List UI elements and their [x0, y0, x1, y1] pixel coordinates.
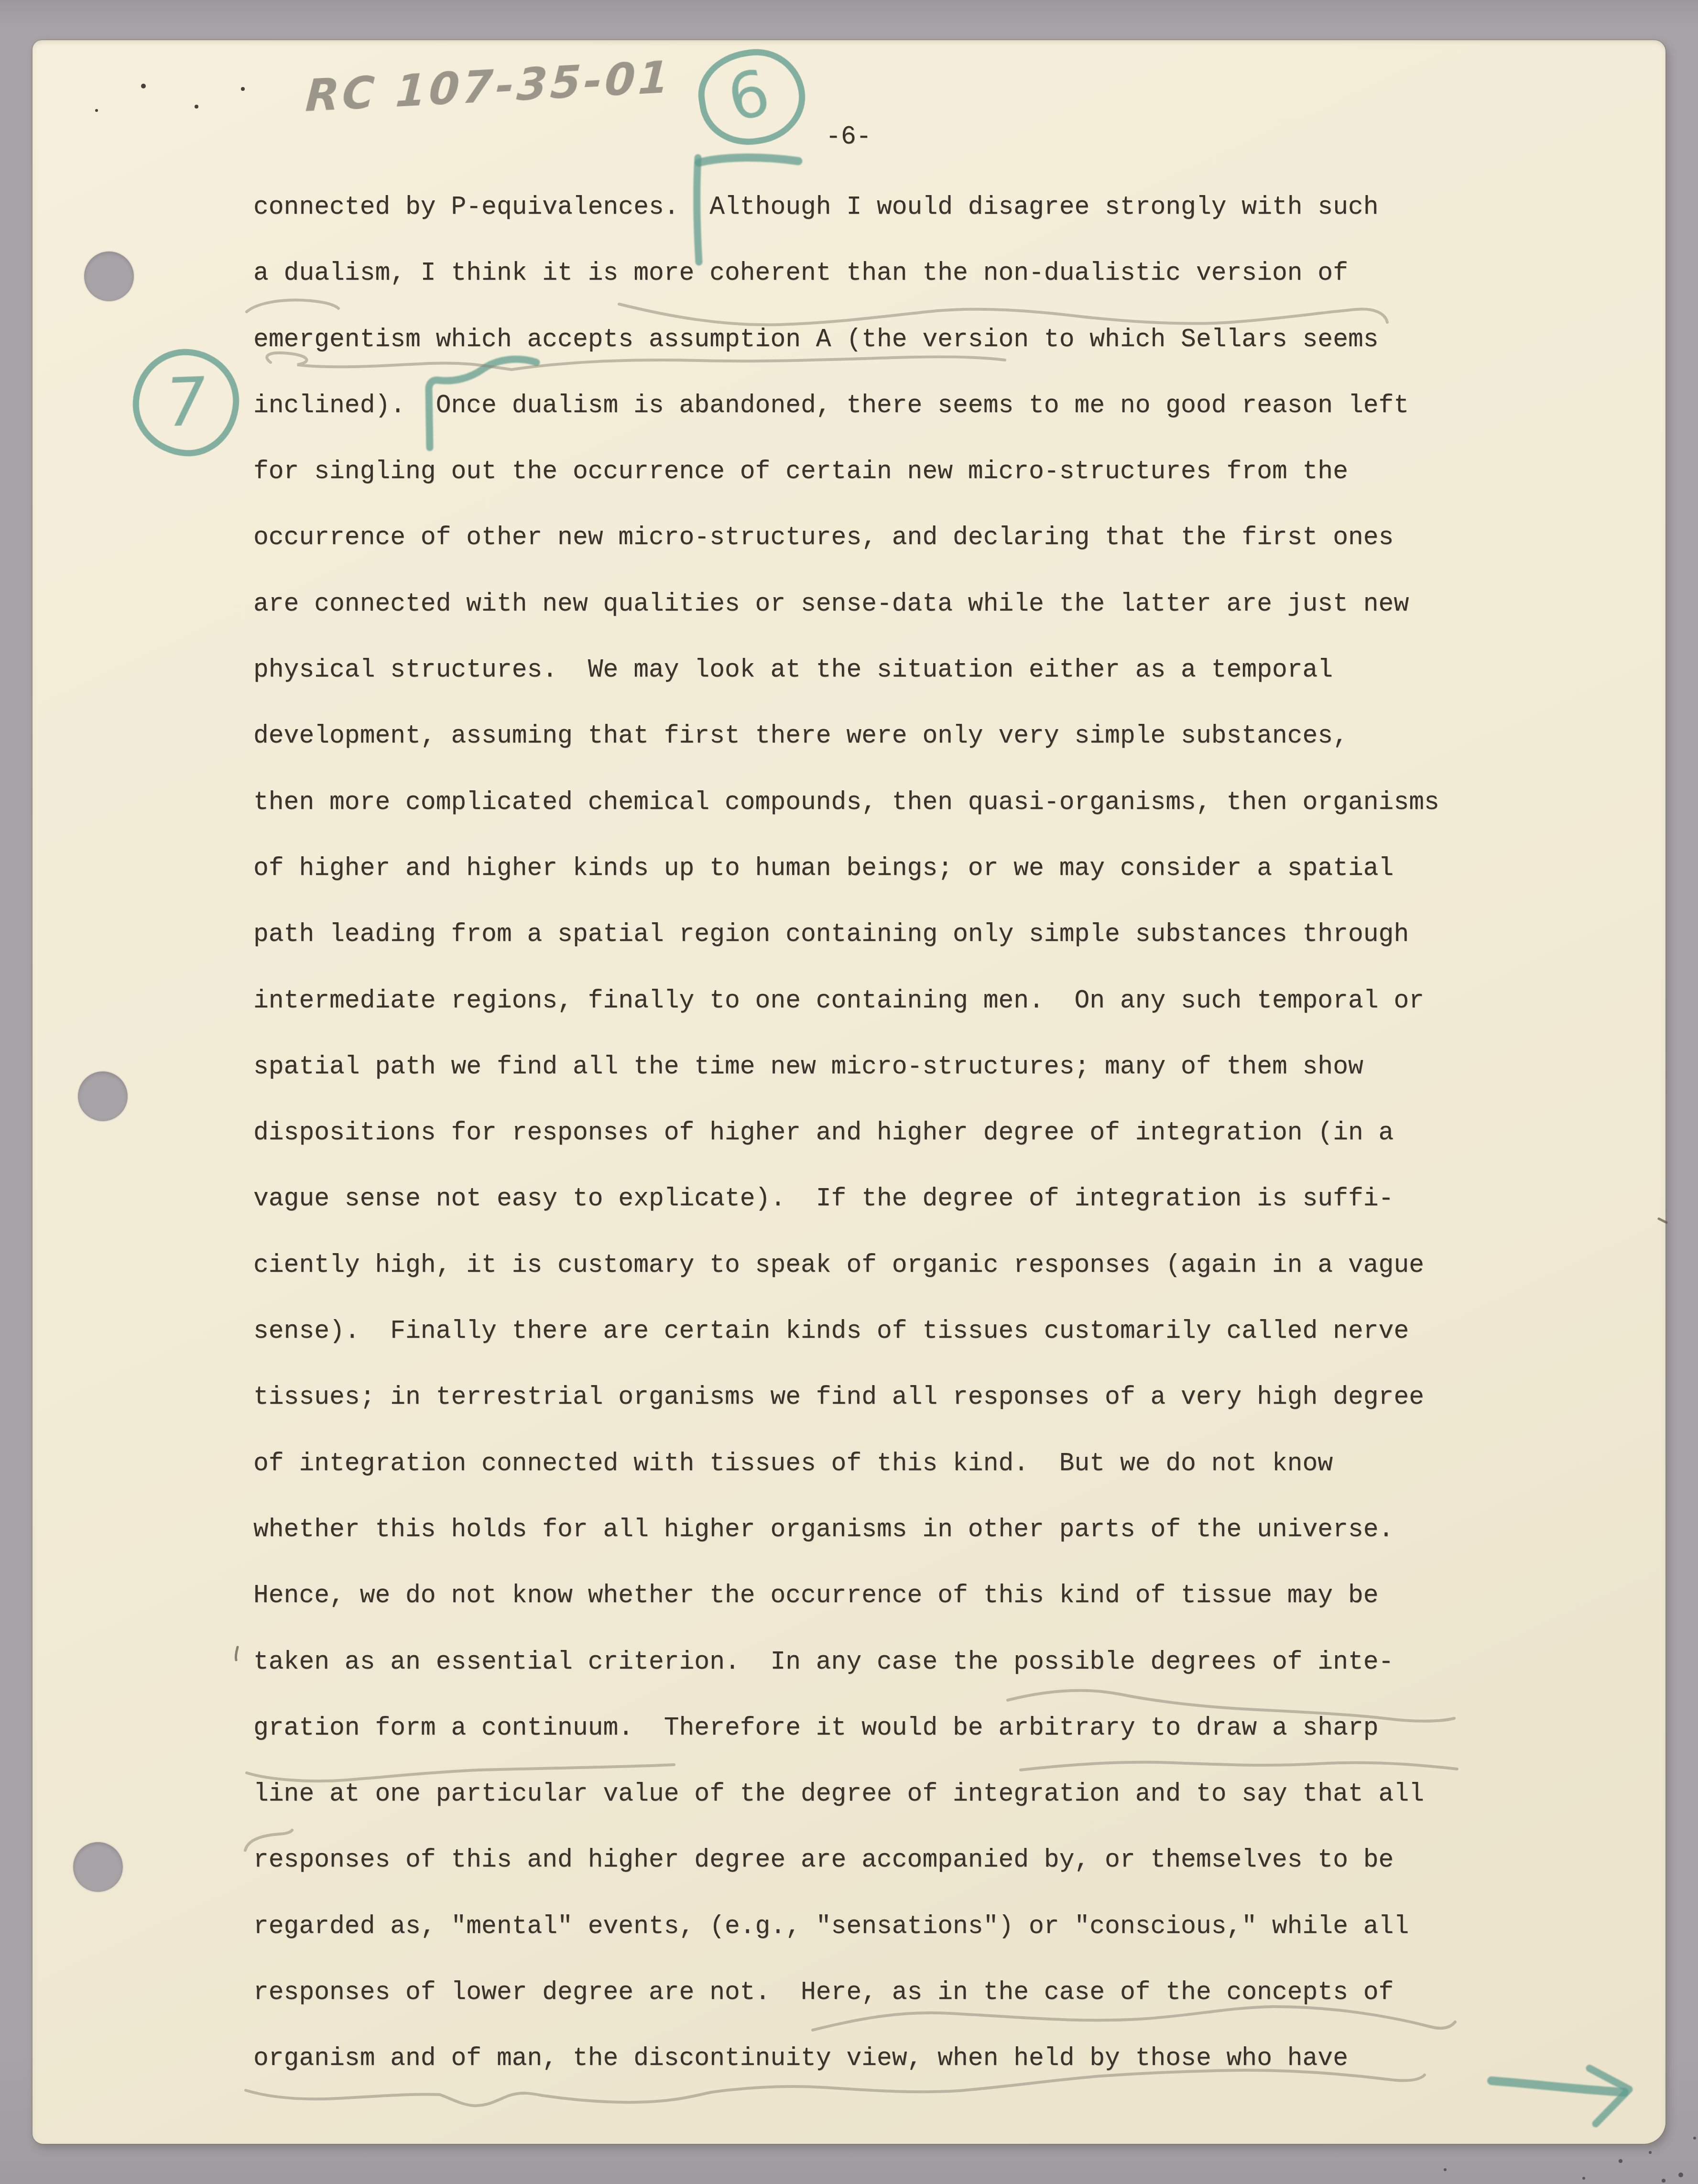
text-line: taken as an essential criterion. In any …	[253, 1629, 1439, 1695]
typed-text: connected by P-equivalences. Although I …	[253, 174, 1439, 2092]
punch-hole-middle	[78, 1071, 128, 1121]
text-line: sense). Finally there are certain kinds …	[253, 1298, 1439, 1364]
text-line: ciently high, it is customary to speak o…	[253, 1232, 1439, 1298]
text-line: intermediate regions, finally to one con…	[253, 968, 1439, 1034]
text-line: whether this holds for all higher organi…	[253, 1496, 1439, 1562]
text-line: organism and of man, the discontinuity v…	[253, 2025, 1439, 2091]
text-line: regarded as, "mental" events, (e.g., "se…	[253, 1893, 1439, 1959]
text-line: of integration connected with tissues of…	[253, 1431, 1439, 1496]
text-line: responses of lower degree are not. Here,…	[253, 1959, 1439, 2025]
text-line: of higher and higher kinds up to human b…	[253, 835, 1439, 901]
punch-hole-top	[84, 251, 134, 301]
text-line: occurrence of other new micro-structures…	[253, 504, 1439, 570]
text-line: emergentism which accepts assumption A (…	[253, 306, 1439, 372]
text-line: physical structures. We may look at the …	[253, 637, 1439, 703]
text-line: vague sense not easy to explicate). If t…	[253, 1166, 1439, 1232]
text-line: a dualism, I think it is more coherent t…	[253, 240, 1439, 306]
text-line: responses of this and higher degree are …	[253, 1827, 1439, 1893]
punch-hole-bottom	[73, 1842, 123, 1892]
text-line: connected by P-equivalences. Although I …	[253, 174, 1439, 240]
text-line: tissues; in terrestrial organisms we fin…	[253, 1364, 1439, 1430]
text-line: for singling out the occurrence of certa…	[253, 438, 1439, 504]
text-line: path leading from a spatial region conta…	[253, 901, 1439, 967]
text-line: then more complicated chemical compounds…	[253, 769, 1439, 835]
text-line: development, assuming that first there w…	[253, 703, 1439, 769]
text-line: spatial path we find all the time new mi…	[253, 1034, 1439, 1100]
scanned-page-background: RC 107-35-01 -6- 6 7 connected by P-equi…	[0, 0, 1698, 2184]
circled-six-digit: 6	[721, 55, 776, 136]
text-line: are connected with new qualities or sens…	[253, 571, 1439, 637]
text-line: line at one particular value of the degr…	[253, 1761, 1439, 1827]
text-line: Hence, we do not know whether the occurr…	[253, 1562, 1439, 1628]
circled-seven-digit: 7	[161, 363, 211, 443]
page-number: -6-	[813, 121, 884, 153]
text-line: inclined). Once dualism is abandoned, th…	[253, 372, 1439, 438]
text-line: gration form a continuum. Therefore it w…	[253, 1695, 1439, 1761]
text-line: dispositions for responses of higher and…	[253, 1100, 1439, 1166]
